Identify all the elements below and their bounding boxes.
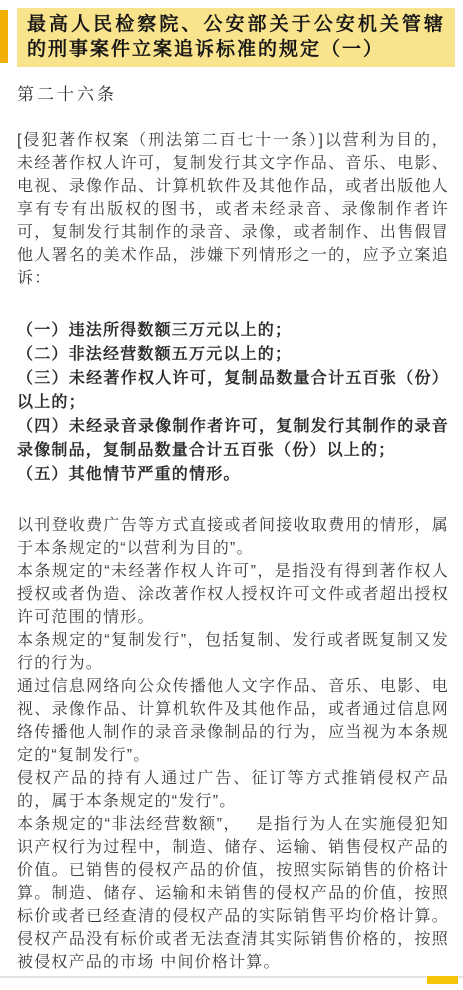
list-item-1: （一）违法所得数额三万元以上的； xyxy=(17,319,449,343)
explanation-paragraph-1: 以刊登收费广告等方式直接或者间接收取费用的情形，属于本条规定的“以营利为目的”。 xyxy=(17,514,449,560)
left-accent-bar xyxy=(0,10,8,63)
explanation-paragraph-4: 通过信息网络向公众传播他人文字作品、音乐、电影、电视、录像作品、计算机软件及其他… xyxy=(17,675,449,767)
list-item-2: （二）非法经营数额五万元以上的； xyxy=(17,343,449,367)
explanation-paragraph-2: 本条规定的“未经著作权人许可”，是指没有得到著作权人授权或者伪造、涂改著作权人授… xyxy=(17,560,449,629)
list-item-3: （三）未经著作权人许可，复制品数量合计五百张（份）以上的； xyxy=(17,367,449,415)
explanation-paragraph-6: 本条规定的“非法经营数额”， 是指行为人在实施侵犯知识产权行为过程中，制造、储存… xyxy=(17,813,449,974)
horizontal-scroll-track xyxy=(0,976,463,978)
criteria-list: （一）违法所得数额三万元以上的； （二）非法经营数额五万元以上的； （三）未经著… xyxy=(17,319,449,487)
explanation-paragraph-5: 侵权产品的持有人通过广告、征订等方式推销侵权产品的，属于本条规定的“发行”。 xyxy=(17,767,449,813)
document-page: 最高人民检察院、公安部关于公安机关管辖的刑事案件立案追诉标准的规定（一） 第二十… xyxy=(0,0,463,990)
list-item-5: （五）其他情节严重的情形。 xyxy=(17,463,449,487)
list-item-4: （四）未经录音录像制作者许可，复制发行其制作的录音录像制品，复制品数量合计五百张… xyxy=(17,415,449,463)
explanation-paragraph-3: 本条规定的“复制发行”，包括复制、发行或者既复制又发行的行为。 xyxy=(17,629,449,675)
horizontal-scroll-thumb[interactable] xyxy=(427,976,458,984)
article-number: 第二十六条 xyxy=(17,86,449,104)
explanation-section: 以刊登收费广告等方式直接或者间接收取费用的情形，属于本条规定的“以营利为目的”。… xyxy=(17,514,449,974)
document-title: 最高人民检察院、公安部关于公安机关管辖的刑事案件立案追诉标准的规定（一） xyxy=(17,8,455,67)
intro-paragraph: [侵犯著作权案（刑法第二百七十一条）]以营利为目的，未经著作权人许可，复制发行其… xyxy=(17,129,449,290)
